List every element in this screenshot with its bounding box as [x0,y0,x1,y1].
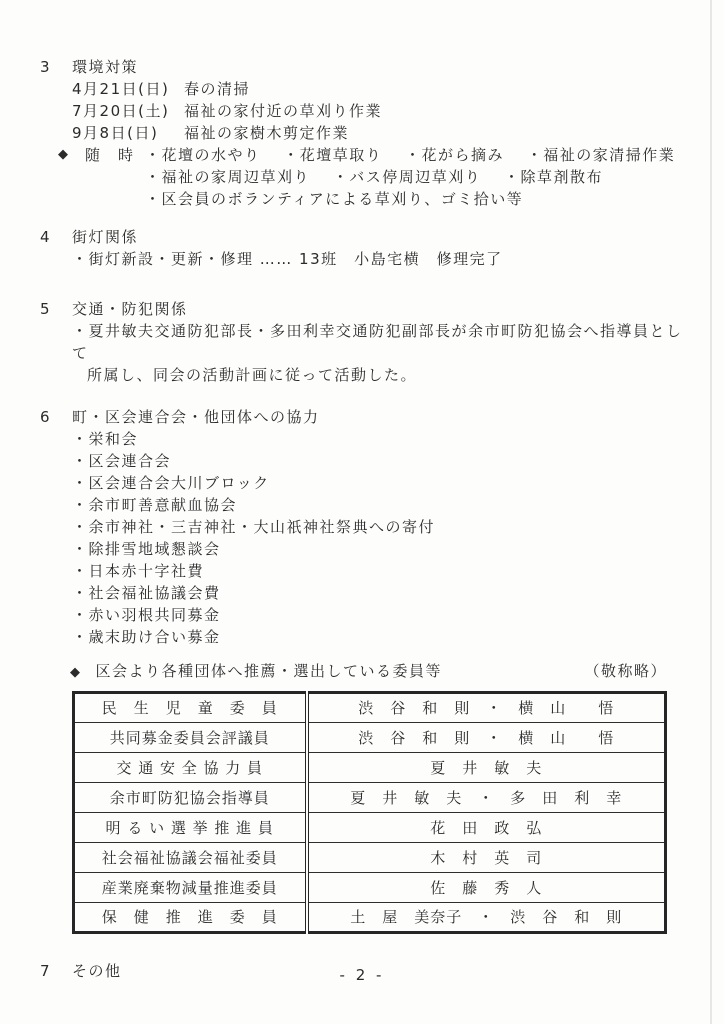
cooperation-item: ・社会福祉協議会費 [72,582,684,604]
committee-role-cell: 保 健 推 進 委 員 [74,903,307,933]
section-cooperation: 6 町・区会連合会・他団体への協力 ・栄和会 ・区会連合会 ・区会連合会大川ブロ… [40,406,684,648]
section-number: 6 [40,406,72,428]
committee-row: 保 健 推 進 委 員 土 屋 美奈子 ・ 渋 谷 和 則 [74,903,666,933]
traffic-crime-line: 所属し、同会の活動計画に従って活動した。 [87,364,684,386]
schedule-row: 9月8日(日) 福祉の家樹木剪定作業 [72,122,684,144]
traffic-crime-line: ・夏井敏夫交通防犯部長・多田利幸交通防犯副部長が余市町防犯協会へ指導員として [72,320,684,364]
cooperation-item: ・余市神社・三吉神社・大山祇神社祭典への寄付 [72,516,684,538]
committee-row: 社会福祉協議会福祉委員 木 村 英 司 [74,843,666,873]
committee-table: 民 生 児 童 委 員 渋 谷 和 則 ・ 横 山 悟 共同募金委員会評議員 渋… [72,691,667,934]
committee-names-cell: 土 屋 美奈子 ・ 渋 谷 和 則 [307,903,666,933]
committee-names-cell: 木 村 英 司 [307,843,666,873]
schedule-activity: 福祉の家樹木剪定作業 [184,122,349,144]
cooperation-item: ・区会連合会 [72,450,684,472]
committee-role-cell: 明 る い 選 挙 推 進 員 [74,813,307,843]
diamond-bullet-icon: ◆ [70,662,82,684]
schedule-row: 7月20日(土) 福祉の家付近の草刈り作業 [72,100,684,122]
committee-row: 余市町防犯協会指導員 夏 井 敏 夫 ・ 多 田 利 幸 [74,783,666,813]
section-number: 5 [40,298,72,320]
environment-schedule: 4月21日(日) 春の清掃 7月20日(土) 福祉の家付近の草刈り作業 9月8日… [72,78,684,144]
committee-role-cell: 社会福祉協議会福祉委員 [74,843,307,873]
section-title: 交通・防犯関係 [72,298,188,320]
anytime-activities: ・花壇の水やり ・花壇草取り ・花がら摘み ・福祉の家清掃作業 ・福祉の家周辺草… [145,144,684,210]
streetlight-note: ・街灯新設・更新・修理 …… 13班 小島宅横 修理完了 [72,248,684,270]
diamond-bullet-icon: ◆ [58,144,85,166]
committee-names-cell: 夏 井 敏 夫 ・ 多 田 利 幸 [307,783,666,813]
committee-names-cell: 渋 谷 和 則 ・ 横 山 悟 [307,693,666,723]
page-content: 3 環境対策 4月21日(日) 春の清掃 7月20日(土) 福祉の家付近の草刈り… [0,0,724,982]
schedule-date: 4月21日(日) [72,78,184,100]
schedule-row: 4月21日(日) 春の清掃 [72,78,684,100]
committee-row: 交 通 安 全 協 力 員 夏 井 敏 夫 [74,753,666,783]
section-number: 4 [40,226,72,248]
anytime-row: ◆ 随 時 ・花壇の水やり ・花壇草取り ・花がら摘み ・福祉の家清掃作業 ・福… [40,144,684,210]
section-number: 3 [40,56,72,78]
schedule-activity: 福祉の家付近の草刈り作業 [184,100,382,122]
section-heading: 5 交通・防犯関係 [40,298,684,320]
cooperation-item: ・余市町善意献血協会 [72,494,684,516]
section-title: 町・区会連合会・他団体への協力 [72,406,320,428]
anytime-activity-line: ・区会員のボランティアによる草刈り、ゴミ拾い等 [145,188,684,210]
cooperation-item: ・歳末助け合い募金 [72,626,684,648]
committee-heading-text: 区会より各種団体へ推薦・選出している委員等 [96,660,443,682]
committee-row: 明 る い 選 挙 推 進 員 花 田 政 弘 [74,813,666,843]
committee-role-cell: 民 生 児 童 委 員 [74,693,307,723]
anytime-activity-line: ・花壇の水やり ・花壇草取り ・花がら摘み ・福祉の家清掃作業 [145,144,684,166]
document-page: 3 環境対策 4月21日(日) 春の清掃 7月20日(土) 福祉の家付近の草刈り… [0,0,724,1024]
committee-heading: ◆ 区会より各種団体へ推薦・選出している委員等 （敬称略） [70,660,667,684]
scan-edge-shadow [710,0,712,1024]
committee-role-cell: 交 通 安 全 協 力 員 [74,753,307,783]
section-heading: 4 街灯関係 [40,226,684,248]
section-title: 環境対策 [72,56,138,78]
section-environment: 3 環境対策 4月21日(日) 春の清掃 7月20日(土) 福祉の家付近の草刈り… [40,56,684,210]
cooperation-item: ・栄和会 [72,428,684,450]
honorifics-note: （敬称略） [584,660,667,682]
cooperation-item: ・赤い羽根共同募金 [72,604,684,626]
cooperation-item: ・除排雪地域懇談会 [72,538,684,560]
committee-names-cell: 花 田 政 弘 [307,813,666,843]
traffic-crime-text: ・夏井敏夫交通防犯部長・多田利幸交通防犯副部長が余市町防犯協会へ指導員として 所… [72,320,684,386]
committee-row: 産業廃棄物減量推進委員 佐 藤 秀 人 [74,873,666,903]
committee-role-cell: 共同募金委員会評議員 [74,723,307,753]
cooperation-item: ・日本赤十字社費 [72,560,684,582]
section-streetlights: 4 街灯関係 ・街灯新設・更新・修理 …… 13班 小島宅横 修理完了 [40,226,684,270]
section-traffic-crime: 5 交通・防犯関係 ・夏井敏夫交通防犯部長・多田利幸交通防犯副部長が余市町防犯協… [40,298,684,386]
page-number: - 2 - [0,966,724,984]
schedule-date: 9月8日(日) [72,122,184,144]
section-heading: 3 環境対策 [40,56,684,78]
committee-row: 共同募金委員会評議員 渋 谷 和 則 ・ 横 山 悟 [74,723,666,753]
committee-row: 民 生 児 童 委 員 渋 谷 和 則 ・ 横 山 悟 [74,693,666,723]
committee-role-cell: 産業廃棄物減量推進委員 [74,873,307,903]
anytime-label: 随 時 [85,144,145,166]
committee-names-cell: 佐 藤 秀 人 [307,873,666,903]
cooperation-item: ・区会連合会大川ブロック [72,472,684,494]
schedule-date: 7月20日(土) [72,100,184,122]
schedule-activity: 春の清掃 [184,78,250,100]
committee-role-cell: 余市町防犯協会指導員 [74,783,307,813]
anytime-activity-line: ・福祉の家周辺草刈り ・バス停周辺草刈り ・除草剤散布 [145,166,684,188]
committee-names-cell: 渋 谷 和 則 ・ 横 山 悟 [307,723,666,753]
committee-names-cell: 夏 井 敏 夫 [307,753,666,783]
section-heading: 6 町・区会連合会・他団体への協力 [40,406,684,428]
cooperation-list: ・栄和会 ・区会連合会 ・区会連合会大川ブロック ・余市町善意献血協会 ・余市神… [72,428,684,648]
section-title: 街灯関係 [72,226,138,248]
